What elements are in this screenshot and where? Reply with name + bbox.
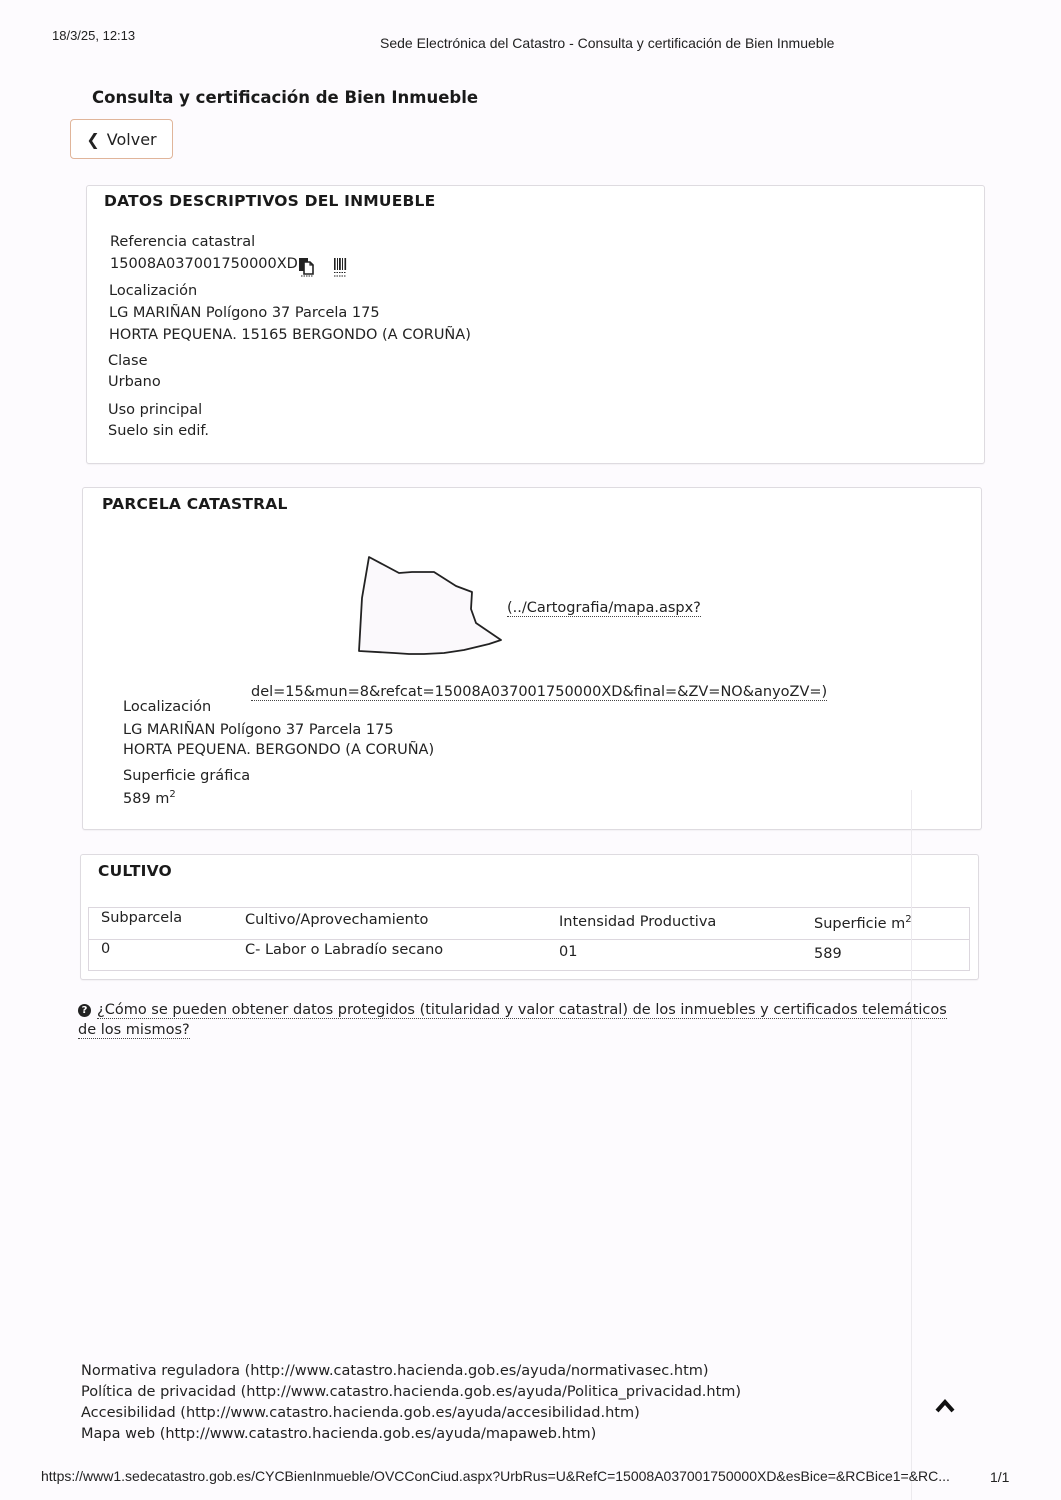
localizacion-label: Localización <box>109 283 197 299</box>
cultivo-title: CULTIVO <box>98 862 172 880</box>
table-row: 0 C- Labor o Labradío secano 01 589 <box>89 939 969 970</box>
parcela-localizacion-label: Localización <box>123 699 211 715</box>
cultivo-table: Subparcela Cultivo/Aprovechamiento Inten… <box>88 907 970 971</box>
scan-artifact-line <box>911 790 912 1500</box>
parcel-shape[interactable] <box>355 553 510 663</box>
localizacion-line2: HORTA PEQUENA. 15165 BERGONDO (A CORUÑA) <box>109 327 471 343</box>
footer-links: Normativa reguladora (http://www.catastr… <box>81 1361 741 1445</box>
print-footer-url: https://www1.sedecatastro.gob.es/CYCBien… <box>41 1468 950 1484</box>
map-link-part1[interactable]: (../Cartografia/mapa.aspx? <box>507 600 701 617</box>
superficie-value: 589 m2 <box>123 789 176 807</box>
uso-label: Uso principal <box>108 402 202 418</box>
help-section: ?¿Cómo se pueden obtener datos protegido… <box>78 1000 968 1040</box>
barcode-icon[interactable] <box>332 257 350 277</box>
localizacion-line1: LG MARIÑAN Polígono 37 Parcela 175 <box>109 305 380 321</box>
clase-label: Clase <box>108 353 148 369</box>
chevron-up-icon[interactable] <box>934 1396 956 1416</box>
parcela-localizacion-line2: HORTA PEQUENA. BERGONDO (A CORUÑA) <box>123 742 434 758</box>
cell-superficie: 589 <box>814 946 842 962</box>
table-header-row: Subparcela Cultivo/Aprovechamiento Inten… <box>89 908 969 940</box>
referencia-value: 15008A037001750000XD <box>110 256 298 272</box>
col-subparcela: Subparcela <box>101 910 182 926</box>
chevron-left-icon: ❮ <box>86 130 99 149</box>
footer-link-privacidad[interactable]: Política de privacidad (http://www.catas… <box>81 1382 741 1403</box>
print-datetime: 18/3/25, 12:13 <box>52 28 135 43</box>
uso-value: Suelo sin edif. <box>108 423 209 439</box>
cell-subparcela: 0 <box>101 941 110 957</box>
referencia-label: Referencia catastral <box>110 234 255 250</box>
print-footer-page-number: 1/1 <box>990 1469 1009 1485</box>
datos-descriptivos-panel <box>86 185 985 464</box>
col-superficie: Superficie m2 <box>814 914 912 932</box>
back-button[interactable]: ❮ Volver <box>70 119 173 159</box>
back-button-label: Volver <box>107 130 157 149</box>
map-link-part2[interactable]: del=15&mun=8&refcat=15008A037001750000XD… <box>251 684 827 701</box>
protected-data-help-link[interactable]: ¿Cómo se pueden obtener datos protegidos… <box>78 1002 947 1039</box>
cell-intensidad: 01 <box>559 944 577 960</box>
page-title: Consulta y certificación de Bien Inmuebl… <box>92 88 478 107</box>
clase-value: Urbano <box>108 374 161 390</box>
superficie-label: Superficie gráfica <box>123 768 250 784</box>
print-page-title: Sede Electrónica del Catastro - Consulta… <box>380 35 834 51</box>
footer-link-normativa[interactable]: Normativa reguladora (http://www.catastr… <box>81 1361 741 1382</box>
footer-link-mapa-web[interactable]: Mapa web (http://www.catastro.hacienda.g… <box>81 1424 741 1445</box>
question-circle-icon: ? <box>78 1004 91 1017</box>
cell-cultivo: C- Labor o Labradío secano <box>245 942 443 958</box>
col-intensidad: Intensidad Productiva <box>559 914 716 930</box>
col-cultivo: Cultivo/Aprovechamiento <box>245 912 428 928</box>
parcela-localizacion-line1: LG MARIÑAN Polígono 37 Parcela 175 <box>123 722 394 738</box>
footer-link-accesibilidad[interactable]: Accesibilidad (http://www.catastro.hacie… <box>81 1403 741 1424</box>
parcela-title: PARCELA CATASTRAL <box>102 495 288 513</box>
datos-descriptivos-title: DATOS DESCRIPTIVOS DEL INMUEBLE <box>104 192 435 210</box>
copy-icon[interactable] <box>298 257 316 277</box>
